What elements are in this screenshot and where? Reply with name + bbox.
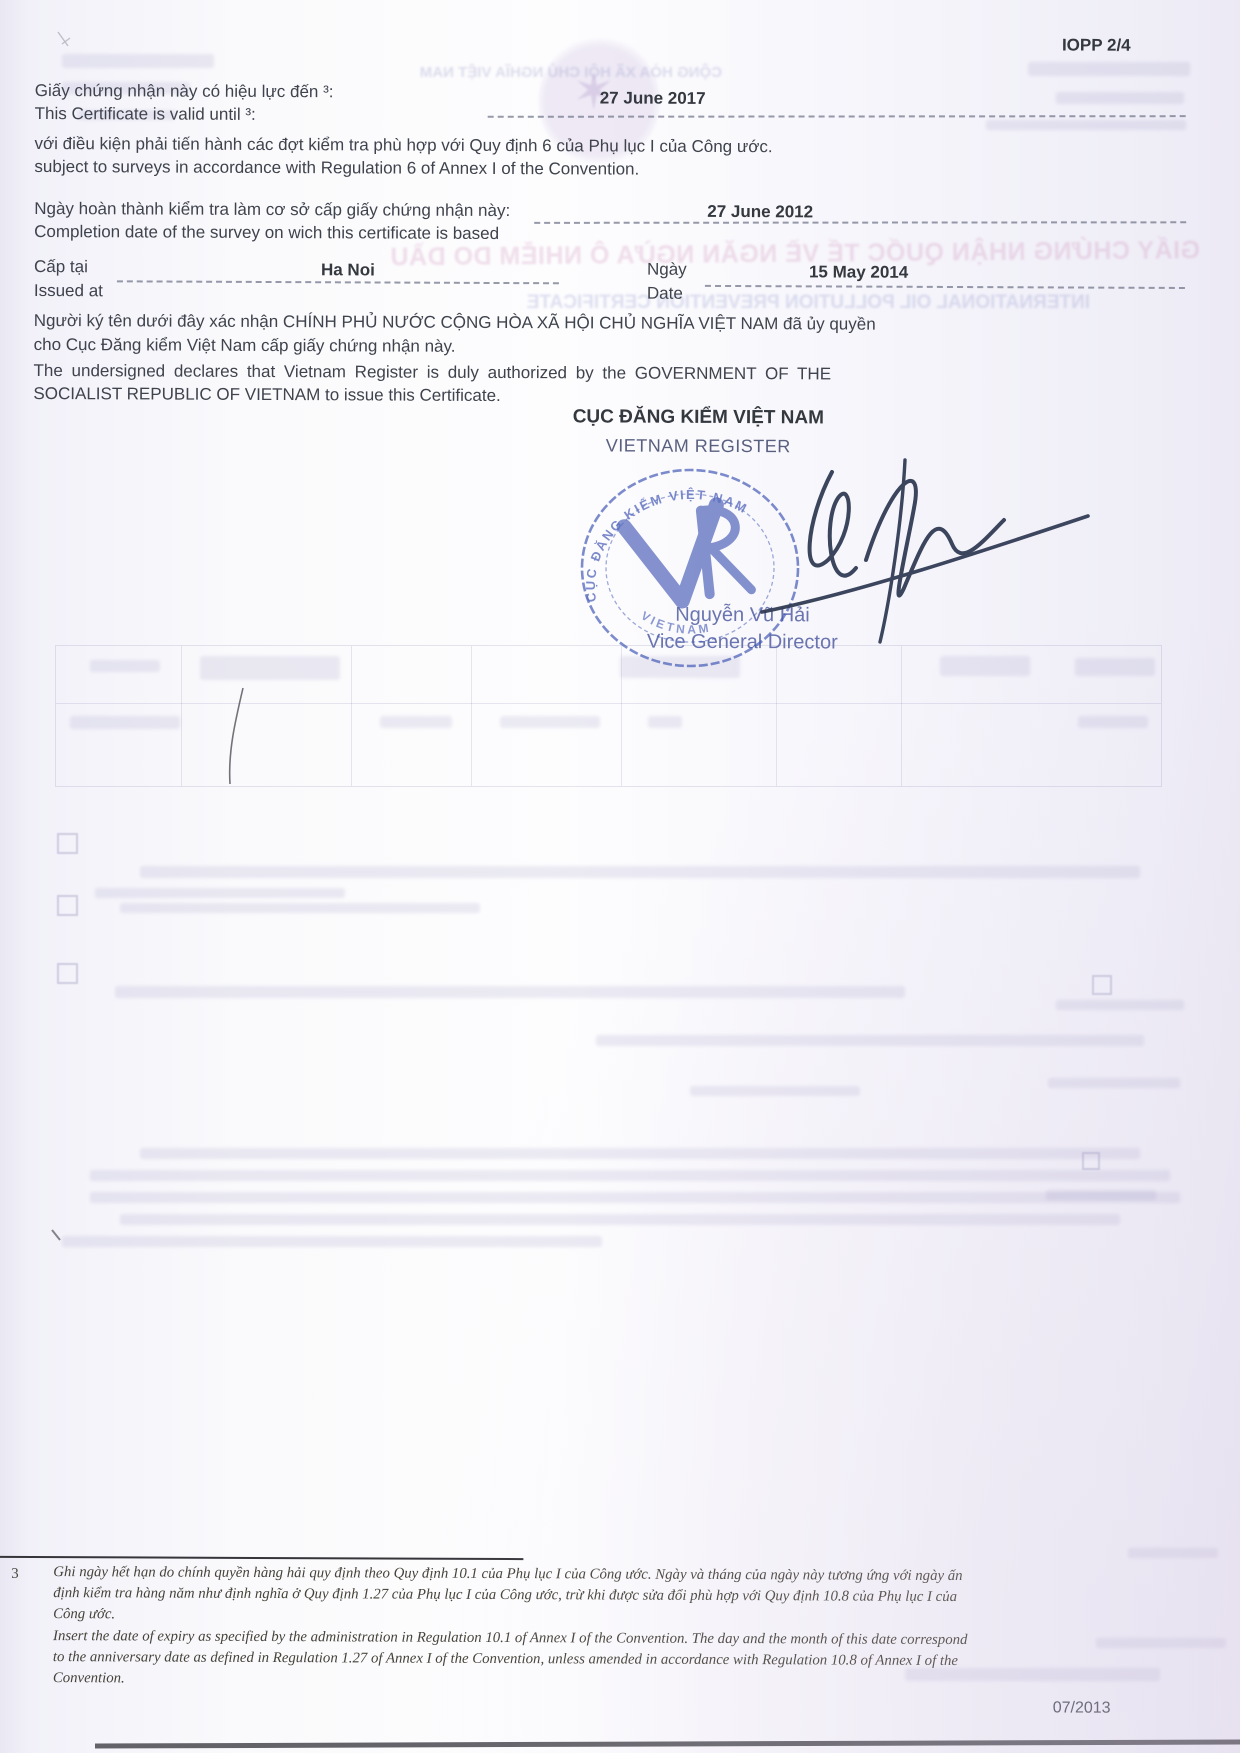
form-code: IOPP 2/4 [1062, 34, 1131, 56]
issued-at-label-vi: Cấp tại [34, 256, 88, 278]
condition-line-en: subject to surveys in accordance with Re… [34, 156, 639, 181]
declaration-line-vi-2: cho Cục Đăng kiểm Việt Nam cấp giấy chứn… [34, 334, 456, 358]
issued-at-label-en: Issued at [34, 280, 103, 302]
footnote-en-line3: Convention. [53, 1668, 125, 1690]
footnote-vi-line3: Công ước. [53, 1604, 115, 1626]
scanned-certificate-page: ✶ CỘNG HÒA XÃ HỘI CHỦ NGHĨA VIỆT NAM GIẤ… [0, 0, 1240, 1753]
completion-label-en: Completion date of the survey on wich th… [34, 221, 499, 245]
issue-date-label-en: Date [647, 283, 683, 305]
issued-at-value: Ha Noi [321, 259, 375, 281]
signer-name: Nguyễn Vũ Hải [567, 603, 917, 628]
declaration-line-en-2: SOCIALIST REPUBLIC OF VIETNAM to issue t… [33, 383, 500, 407]
declaration-line-vi-1: Người ký tên dưới đây xác nhận CHÍNH PHỦ… [34, 310, 876, 336]
authority-name-vi: CỤC ĐĂNG KIỂM VIỆT NAM [498, 406, 898, 430]
footnote-en-line2: to the anniversary date as defined in Re… [53, 1647, 958, 1672]
completion-label-vi: Ngày hoàn thành kiểm tra làm cơ sở cấp g… [34, 198, 510, 222]
footnote-rule [0, 1556, 523, 1560]
authority-name-en: VIETNAM REGISTER [498, 435, 898, 458]
condition-line-vi: với điều kiện phải tiến hành các đợt kiể… [34, 133, 772, 158]
issue-date-label-vi: Ngày [647, 259, 687, 281]
footnote-marker: 3 [11, 1564, 18, 1586]
fill-line [488, 115, 1186, 118]
fill-line [534, 221, 1186, 224]
validity-label-en: This Certificate is valid until ³: [35, 103, 256, 126]
footnote-vi-line2: định kiểm tra hàng năm như định nghĩa ở … [53, 1583, 957, 1608]
declaration-line-en-1: The undersigned declares that Vietnam Re… [34, 360, 832, 385]
validity-date-value: 27 June 2017 [600, 87, 706, 109]
issue-date-value: 15 May 2014 [809, 261, 908, 283]
completion-date-value: 27 June 2012 [707, 201, 813, 223]
validity-label-vi: Giấy chứng nhận này có hiệu lực đến ³: [35, 80, 334, 103]
fill-line [705, 285, 1185, 289]
revision-code: 07/2013 [1053, 1699, 1111, 1717]
signer-title: Vice General Director [567, 630, 917, 655]
